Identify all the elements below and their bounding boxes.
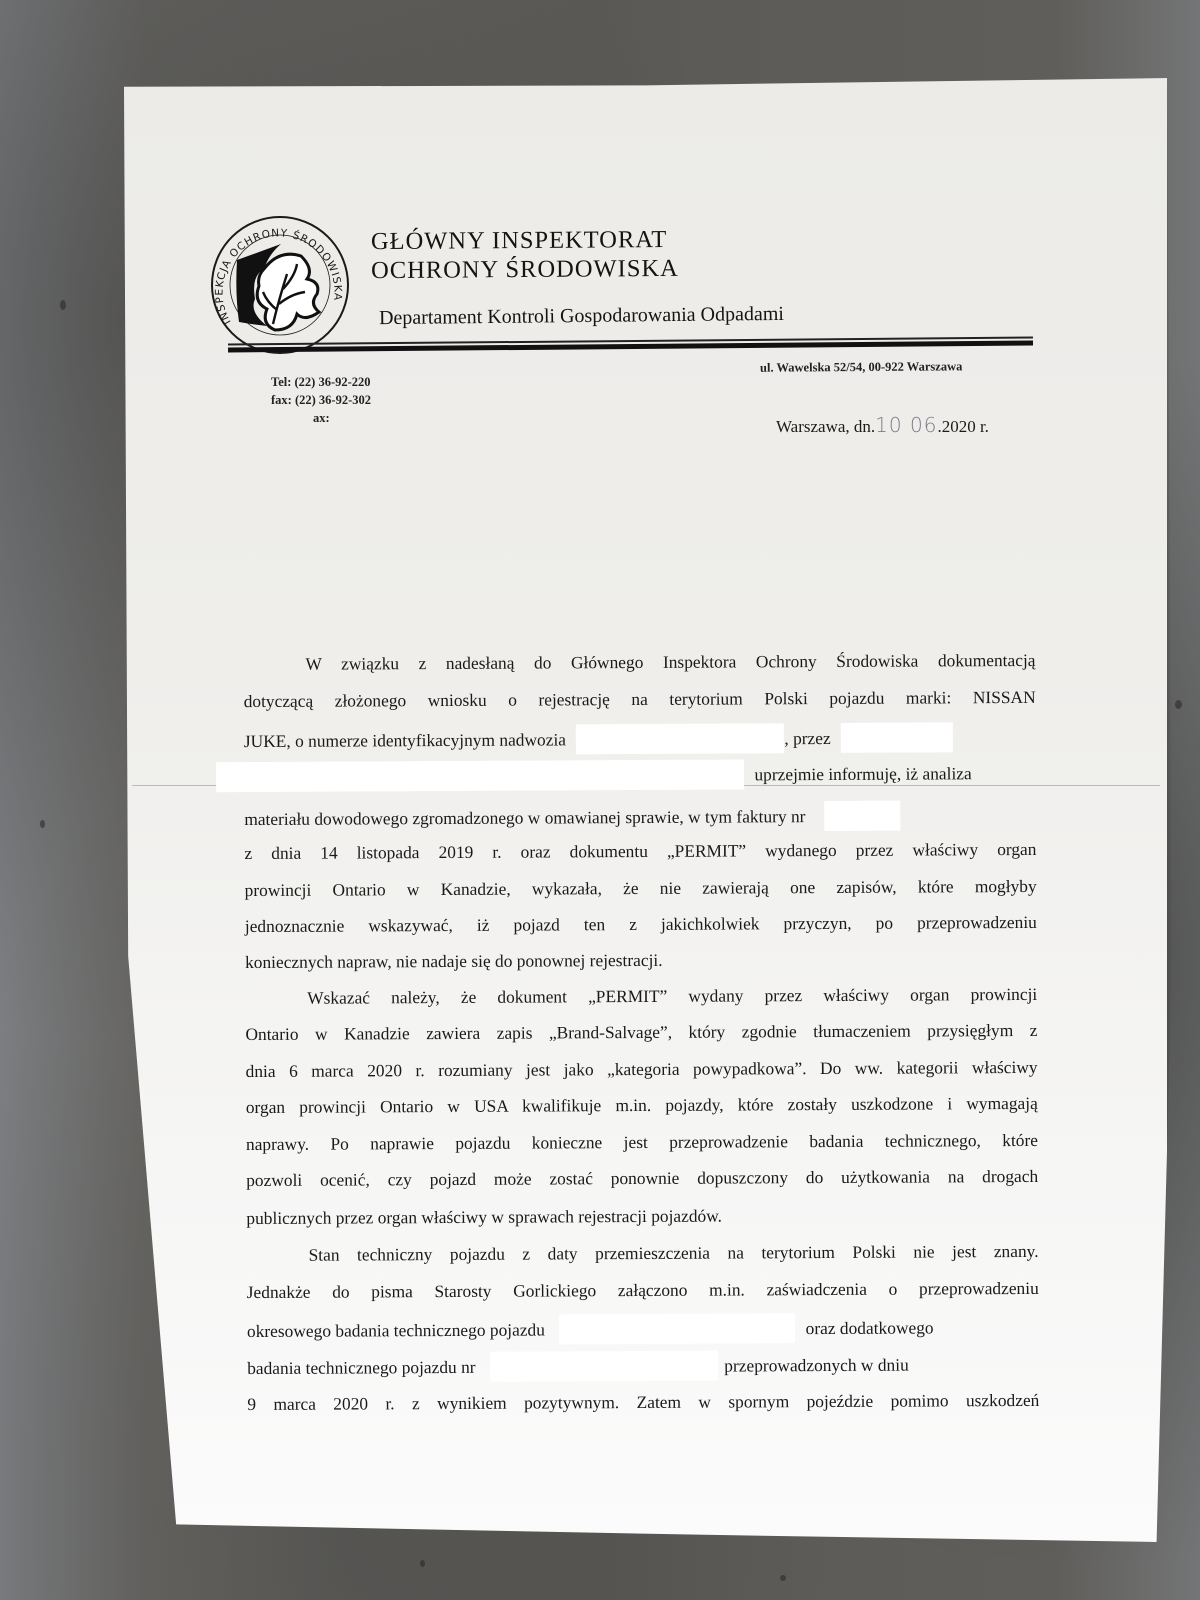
text-line: Stan techniczny pojazdu z daty przemiesz…: [247, 1240, 1039, 1266]
redacted-applicant-name: [216, 759, 744, 792]
background-speck: [420, 1560, 425, 1567]
text-line: dnia 6 marca 2020 r. rozumiany jest jako…: [246, 1056, 1038, 1082]
text-line: badania technicznego pojazdu nr przeprow…: [247, 1351, 1039, 1377]
text-line: koniecznych napraw, nie nadaje się do po…: [245, 947, 1037, 973]
text-line: organ prowincji Ontario w USA kwalifikuj…: [246, 1092, 1038, 1118]
department-name: Departament Kontroli Gospodarowania Odpa…: [379, 303, 784, 330]
text-line: prowincji Ontario w Kanadzie, wykazała, …: [245, 875, 1037, 901]
text-line: Wskazać należy, że dokument „PERMIT” wyd…: [245, 983, 1037, 1009]
date-suffix: .2020 r.: [937, 417, 988, 436]
organization-name: GŁÓWNY INSPEKTORAT OCHRONY ŚRODOWISKA: [371, 225, 679, 285]
background-speck: [40, 820, 45, 828]
text-line: 9 marca 2020 r. z wynikiem pozytywnym. Z…: [247, 1389, 1039, 1415]
address: ul. Wawelska 52/54, 00-922 Warszawa: [760, 359, 962, 375]
background-speck: [60, 300, 66, 310]
text-line: okresowego badania technicznego pojazdu …: [247, 1314, 1039, 1340]
background-speck: [1175, 700, 1182, 709]
text-fragment: przeprowadzonych w dniu: [722, 1355, 909, 1376]
telephone: Tel: (22) 36-92-220: [271, 373, 371, 391]
text-line: Ontario w Kanadzie zawiera zapis „Brand-…: [245, 1019, 1037, 1045]
text-fragment: oraz dodatkowego: [800, 1317, 934, 1338]
text-line: pozwoli ocenić, czy pojazd może zostać p…: [246, 1165, 1038, 1191]
background-speck: [780, 1575, 786, 1581]
fax-fragment: ax:: [271, 409, 371, 427]
date-prefix: Warszawa, dn.: [776, 417, 875, 436]
text-line: materiału dowodowego zgromadzonego w oma…: [244, 802, 1036, 828]
text-fragment: JUKE, o numerze identyfikacyjnym nadwozi…: [244, 729, 566, 751]
text-line: JUKE, o numerze identyfikacyjnym nadwozi…: [244, 724, 1036, 750]
text-line: Jednakże do pisma Starosty Gorlickiego z…: [247, 1277, 1039, 1303]
text-fragment: badania technicznego pojazdu nr: [247, 1357, 475, 1378]
org-name-line-1: GŁÓWNY INSPEKTORAT: [371, 225, 679, 256]
text-line: dotyczącą złożonego wniosku o rejestracj…: [244, 686, 1036, 712]
gios-leaf-logo-icon: INSPEKCJA OCHRONY ŚRODOWISKA: [209, 214, 351, 356]
text-line: z dnia 14 listopada 2019 r. oraz dokumen…: [244, 838, 1036, 864]
letter-body: W związku z nadesłaną do Głównego Inspek…: [240, 0, 1032, 2]
handwritten-date: 10 06: [875, 413, 937, 437]
redacted-vehicle-number: [490, 1351, 718, 1382]
text-line: W związku z nadesłaną do Głównego Inspek…: [243, 649, 1035, 675]
contact-block: Tel: (22) 36-92-220 fax: (22) 36-92-302 …: [271, 373, 371, 427]
text-fragment: okresowego badania technicznego pojazdu: [247, 1319, 545, 1341]
text-fragment: materiału dowodowego zgromadzonego w oma…: [244, 806, 805, 829]
redacted-inspection-cert: [559, 1313, 795, 1344]
org-name-line-2: OCHRONY ŚRODOWISKA: [371, 254, 679, 285]
text-fragment: uprzejmie informuję, iż analiza: [748, 763, 971, 784]
fax: fax: (22) 36-92-302: [271, 391, 371, 409]
redacted-vin: [576, 723, 784, 754]
text-line: naprawy. Po naprawie pojazdu konieczne j…: [246, 1129, 1038, 1155]
text-fragment: , przez: [784, 728, 830, 748]
redacted-invoice-number: [824, 801, 900, 831]
text-line: jednoznacznie wskazywać, iż pojazd ten z…: [245, 911, 1037, 937]
redacted-applicant: [841, 722, 953, 753]
date-line: Warszawa, dn.10 06.2020 r.: [776, 413, 989, 437]
text-line: uprzejmie informuję, iż analiza: [244, 760, 1036, 786]
text-line: publicznych przez organ właściwy w spraw…: [246, 1203, 1038, 1229]
